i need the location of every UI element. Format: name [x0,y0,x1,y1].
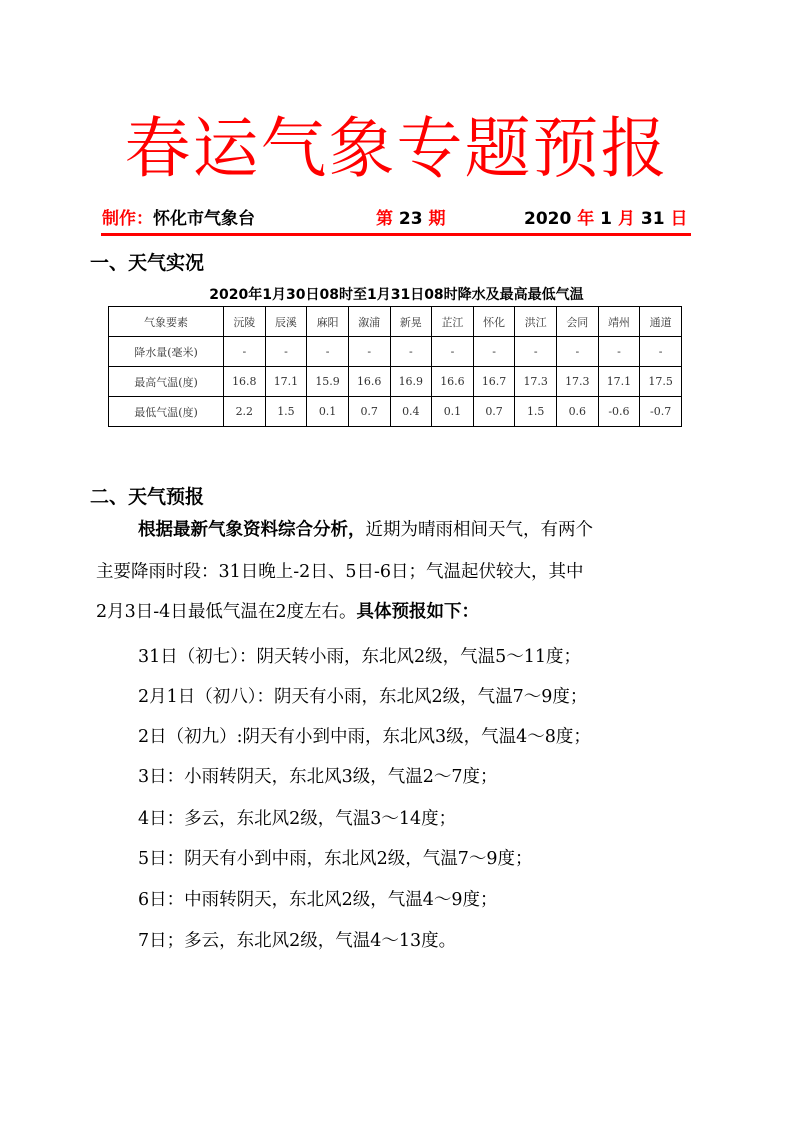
forecast-item: 7日；多云，东北风2级，气温4～13度。 [138,927,456,952]
table-cell: 0.4 [390,397,432,427]
table-caption: 2020年1月30日08时至1月31日08时降水及最高最低气温 [0,284,793,304]
table-cell: 15.9 [307,367,349,397]
table-header-cell: 会同 [557,307,599,337]
header-divider [101,233,691,236]
table-row-max-temp: 最高气温(度) 16.8 17.1 15.9 16.6 16.9 16.6 16… [109,367,682,397]
table-cell: 0.1 [307,397,349,427]
date-month: 1 [600,209,612,229]
table-cell: 17.3 [515,367,557,397]
summary-bold-lead: 根据最新气象资料综合分析， [138,520,366,540]
table-cell: -0.7 [640,397,682,427]
forecast-item: 5日：阴天有小到中雨，东北风2级，气温7～9度； [138,845,533,870]
summary-text-3: 2月3日-4日最低气温在2度左右。 [96,602,356,622]
row-label: 最高气温(度) [109,367,224,397]
observation-table: 气象要素 沅陵 辰溪 麻阳 溆浦 新晃 芷江 怀化 洪江 会同 靖州 通道 降水… [108,306,682,427]
section1-heading: 一、天气实况 [90,248,204,275]
date-year-unit: 年 [577,209,594,229]
table-row-min-temp: 最低气温(度) 2.2 1.5 0.1 0.7 0.4 0.1 0.7 1.5 … [109,397,682,427]
maker-info: 制作：怀化市气象台 [102,204,255,229]
date-month-unit: 月 [618,209,635,229]
table-header-cell: 洪江 [515,307,557,337]
issue-suffix: 期 [429,209,446,229]
forecast-item: 2日（初九）:阴天有小到中雨，东北风3级，气温4～8度； [138,723,591,748]
table-cell: 16.7 [473,367,515,397]
table-row-precipitation: 降水量(毫米) - - - - - - - - - - - [109,337,682,367]
table-header-cell: 辰溪 [265,307,307,337]
document-meta-line: 制作：怀化市气象台 第 23 期 2020 年 1 月 31 日 [102,204,690,228]
forecast-item: 3日：小雨转阴天，东北风3级，气温2～7度； [138,763,498,788]
forecast-item: 4日：多云，东北风2级，气温3～14度； [138,805,456,830]
summary-line-2: 主要降雨时段：31日晚上-2日、5日-6日；气温起伏较大，其中 [96,562,696,582]
table-cell: - [640,337,682,367]
table-cell: 0.1 [432,397,474,427]
summary-line-3: 2月3日-4日最低气温在2度左右。具体预报如下： [96,602,696,622]
table-cell: - [307,337,349,367]
table-header-cell: 芷江 [432,307,474,337]
table-header-cell: 靖州 [598,307,640,337]
table-header-cell: 新晃 [390,307,432,337]
table-header-cell: 通道 [640,307,682,337]
table-cell: 16.9 [390,367,432,397]
table-cell: - [557,337,599,367]
date-day: 31 [641,209,665,229]
table-cell: 17.3 [557,367,599,397]
table-cell: 16.6 [348,367,390,397]
date-year: 2020 [524,209,571,229]
forecast-item: 31日（初七）：阴天转小雨，东北风2级，气温5～11度； [138,643,581,668]
table-cell: - [598,337,640,367]
table-header-row: 气象要素 沅陵 辰溪 麻阳 溆浦 新晃 芷江 怀化 洪江 会同 靖州 通道 [109,307,682,337]
issue-number: 第 23 期 [376,204,446,229]
table-header-cell: 麻阳 [307,307,349,337]
maker-label: 制作： [102,209,153,229]
row-label: 降水量(毫米) [109,337,224,367]
table-cell: - [390,337,432,367]
table-header-cell: 气象要素 [109,307,224,337]
table-cell: - [473,337,515,367]
issue-prefix: 第 [376,209,393,229]
table-header-cell: 沅陵 [224,307,266,337]
table-cell: 17.5 [640,367,682,397]
forecast-item: 6日：中雨转阴天，东北风2级，气温4～9度； [138,886,498,911]
summary-text-1: 近期为晴雨相间天气，有两个 [366,520,594,540]
table-cell: 0.6 [557,397,599,427]
table-cell: -0.6 [598,397,640,427]
issue-date: 2020 年 1 月 31 日 [524,204,687,229]
summary-bold-end: 具体预报如下： [356,602,479,622]
table-cell: - [515,337,557,367]
maker-name: 怀化市气象台 [153,209,255,229]
table-cell: 1.5 [265,397,307,427]
table-cell: - [348,337,390,367]
table-cell: - [224,337,266,367]
table-cell: 17.1 [265,367,307,397]
table-cell: - [432,337,474,367]
forecast-item: 2月1日（初八）：阴天有小雨，东北风2级，气温7～9度； [138,683,587,708]
table-cell: - [265,337,307,367]
issue-value: 23 [399,209,423,229]
table-cell: 2.2 [224,397,266,427]
date-day-unit: 日 [670,209,687,229]
table-header-cell: 怀化 [473,307,515,337]
summary-line-1: 根据最新气象资料综合分析，近期为晴雨相间天气，有两个 [138,520,738,540]
table-cell: 16.6 [432,367,474,397]
table-cell: 0.7 [473,397,515,427]
table-cell: 17.1 [598,367,640,397]
table-cell: 1.5 [515,397,557,427]
table-header-cell: 溆浦 [348,307,390,337]
table-cell: 16.8 [224,367,266,397]
document-title: 春运气象专题预报 [0,95,793,190]
table-cell: 0.7 [348,397,390,427]
row-label: 最低气温(度) [109,397,224,427]
section2-heading: 二、天气预报 [90,482,204,509]
